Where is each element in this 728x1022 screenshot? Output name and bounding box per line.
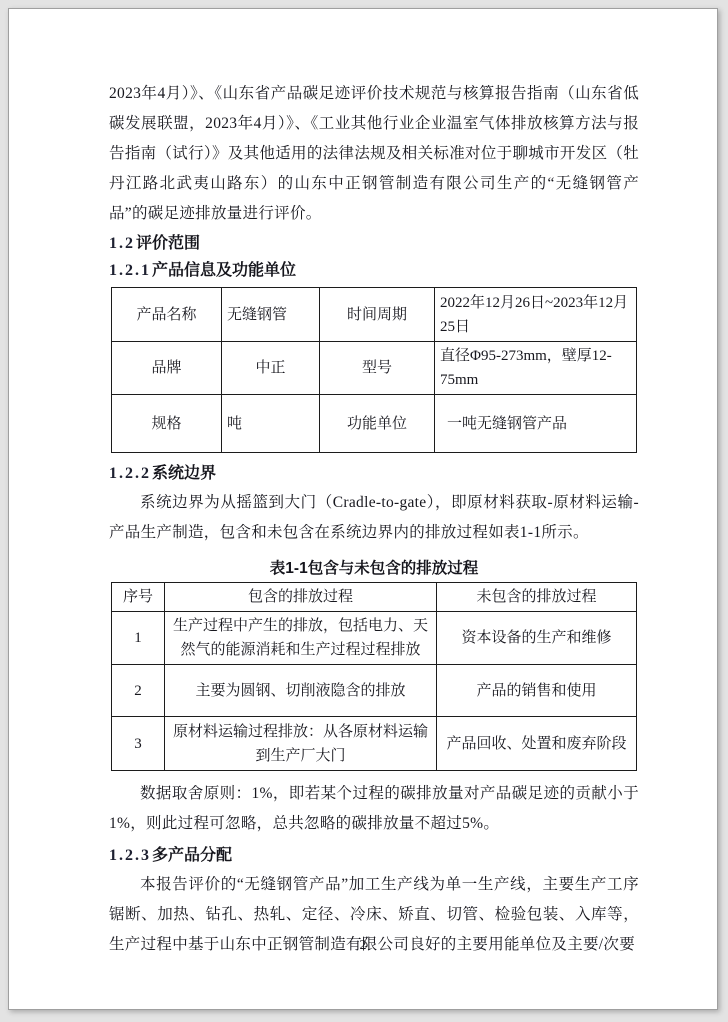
table-row: 3 原材料运输过程排放：从各原材料运输到生产厂大门 产品回收、处置和废弃阶段 — [112, 717, 637, 771]
cell-functional-unit-value: 一吨无缝钢管产品 — [435, 395, 637, 453]
table-row: 产品名称 无缝钢管 时间周期 2022年12月26日~2023年12月25日 — [112, 288, 637, 342]
cell-model-label: 型号 — [320, 342, 435, 395]
heading-text: 评价范围 — [136, 235, 200, 252]
document-page: 2023年4月）》、《山东省产品碳足迹评价技术规范与核算报告指南（山东省低碳发展… — [8, 8, 718, 1010]
heading-text: 系统边界 — [152, 465, 216, 482]
cell-excluded: 资本设备的生产和维修 — [437, 612, 637, 665]
paragraph-intro: 2023年4月）》、《山东省产品碳足迹评价技术规范与核算报告指南（山东省低碳发展… — [109, 79, 639, 229]
cell-time-period-label: 时间周期 — [320, 288, 435, 342]
cell-model-value: 直径Φ95-273mm，壁厚12-75mm — [435, 342, 637, 395]
table-header-row: 序号 包含的排放过程 未包含的排放过程 — [112, 583, 637, 612]
table-row: 2 主要为圆钢、切削液隐含的排放 产品的销售和使用 — [112, 665, 637, 717]
header-serial-number: 序号 — [112, 583, 165, 612]
cell-brand-value: 中正 — [222, 342, 320, 395]
cell-excluded: 产品回收、处置和废弃阶段 — [437, 717, 637, 771]
heading-number: 1.2.3 — [109, 847, 151, 864]
heading-multi-product-allocation: 1.2.3多产品分配 — [109, 844, 639, 868]
cell-included: 主要为圆钢、切削液隐含的排放 — [165, 665, 437, 717]
heading-product-info: 1.2.1产品信息及功能单位 — [109, 259, 639, 283]
header-included-process: 包含的排放过程 — [165, 583, 437, 612]
header-excluded-process: 未包含的排放过程 — [437, 583, 637, 612]
cell-included: 生产过程中产生的排放，包括电力、天然气的能源消耗和生产过程过程排放 — [165, 612, 437, 665]
product-info-table: 产品名称 无缝钢管 时间周期 2022年12月26日~2023年12月25日 品… — [111, 287, 637, 453]
heading-text: 多产品分配 — [152, 847, 232, 864]
heading-text: 产品信息及功能单位 — [152, 262, 296, 279]
table-row: 1 生产过程中产生的排放，包括电力、天然气的能源消耗和生产过程过程排放 资本设备… — [112, 612, 637, 665]
cell-excluded: 产品的销售和使用 — [437, 665, 637, 717]
heading-evaluation-scope: 1.2评价范围 — [109, 232, 639, 256]
cell-product-name-label: 产品名称 — [112, 288, 222, 342]
paragraph-system-boundary: 系统边界为从摇篮到大门（Cradle-to-gate），即原材料获取-原材料运输… — [109, 488, 639, 548]
cell-brand-label: 品牌 — [112, 342, 222, 395]
heading-number: 1.2 — [109, 235, 135, 252]
table-row: 品牌 中正 型号 直径Φ95-273mm，壁厚12-75mm — [112, 342, 637, 395]
cell-functional-unit-label: 功能单位 — [320, 395, 435, 453]
heading-system-boundary: 1.2.2系统边界 — [109, 462, 639, 486]
table-caption: 表1-1包含与未包含的排放过程 — [109, 556, 639, 578]
cell-serial: 3 — [112, 717, 165, 771]
cell-serial: 1 — [112, 612, 165, 665]
paragraph-cutoff-rule: 数据取舍原则：1%，即若某个过程的碳排放量对产品碳足迹的贡献小于1%，则此过程可… — [109, 779, 639, 839]
cell-time-period-value: 2022年12月26日~2023年12月25日 — [435, 288, 637, 342]
cell-serial: 2 — [112, 665, 165, 717]
cell-spec-value: 吨 — [222, 395, 320, 453]
heading-number: 1.2.1 — [109, 262, 151, 279]
heading-number: 1.2.2 — [109, 465, 151, 482]
page-content: 2023年4月）》、《山东省产品碳足迹评价技术规范与核算报告指南（山东省低碳发展… — [9, 9, 717, 1009]
table-row: 规格 吨 功能单位 一吨无缝钢管产品 — [112, 395, 637, 453]
page-number: 2 — [9, 938, 717, 954]
cell-spec-label: 规格 — [112, 395, 222, 453]
emission-process-table: 序号 包含的排放过程 未包含的排放过程 1 生产过程中产生的排放，包括电力、天然… — [111, 582, 637, 771]
cell-product-name-value: 无缝钢管 — [222, 288, 320, 342]
cell-included: 原材料运输过程排放：从各原材料运输到生产厂大门 — [165, 717, 437, 771]
